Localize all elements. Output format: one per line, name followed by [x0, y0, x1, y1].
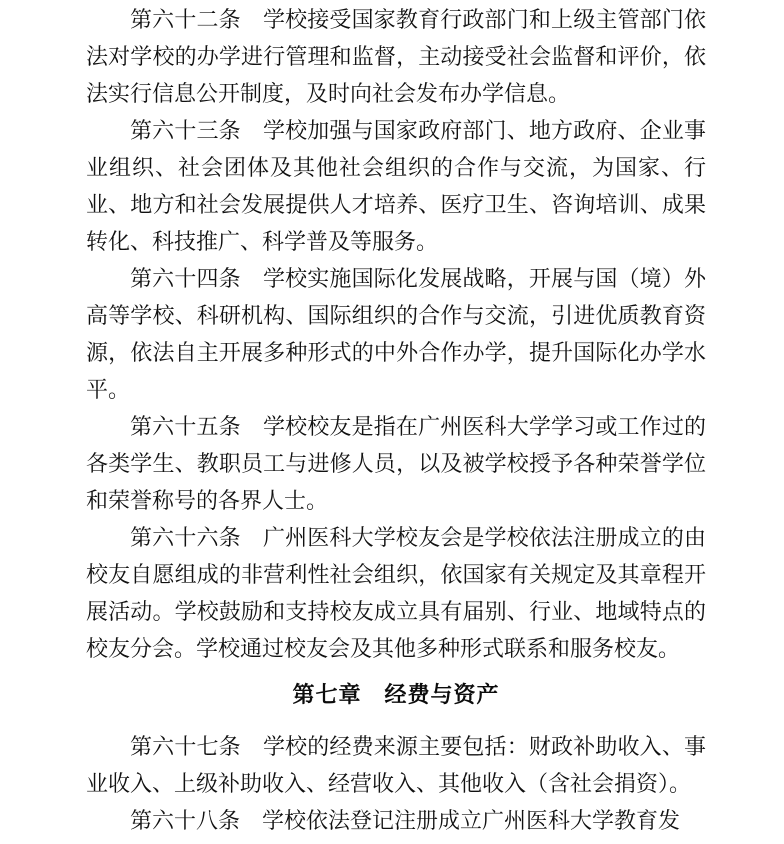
article-66-paragraph: 第六十六条 广州医科大学校友会是学校依法注册成立的由校友自愿组成的非营利性社会组…	[86, 519, 706, 667]
article-62-paragraph: 第六十二条 学校接受国家教育行政部门和上级主管部门依法对学校的办学进行管理和监督…	[86, 1, 706, 112]
article-67-paragraph: 第六十七条 学校的经费来源主要包括：财政补助收入、事业收入、上级补助收入、经营收…	[86, 728, 706, 802]
document-content: 第六十二条 学校接受国家教育行政部门和上级主管部门依法对学校的办学进行管理和监督…	[86, 1, 706, 839]
article-64-paragraph: 第六十四条 学校实施国际化发展战略，开展与国（境）外高等学校、科研机构、国际组织…	[86, 260, 706, 408]
document-page: 第六十二条 学校接受国家教育行政部门和上级主管部门依法对学校的办学进行管理和监督…	[0, 0, 784, 844]
article-68-paragraph: 第六十八条 学校依法登记注册成立广州医科大学教育发	[86, 802, 706, 839]
chapter-7-heading: 第七章 经费与资产	[86, 676, 706, 713]
article-63-paragraph: 第六十三条 学校加强与国家政府部门、地方政府、企业事业组织、社会团体及其他社会组…	[86, 112, 706, 260]
article-65-paragraph: 第六十五条 学校校友是指在广州医科大学学习或工作过的各类学生、教职员工与进修人员…	[86, 408, 706, 519]
